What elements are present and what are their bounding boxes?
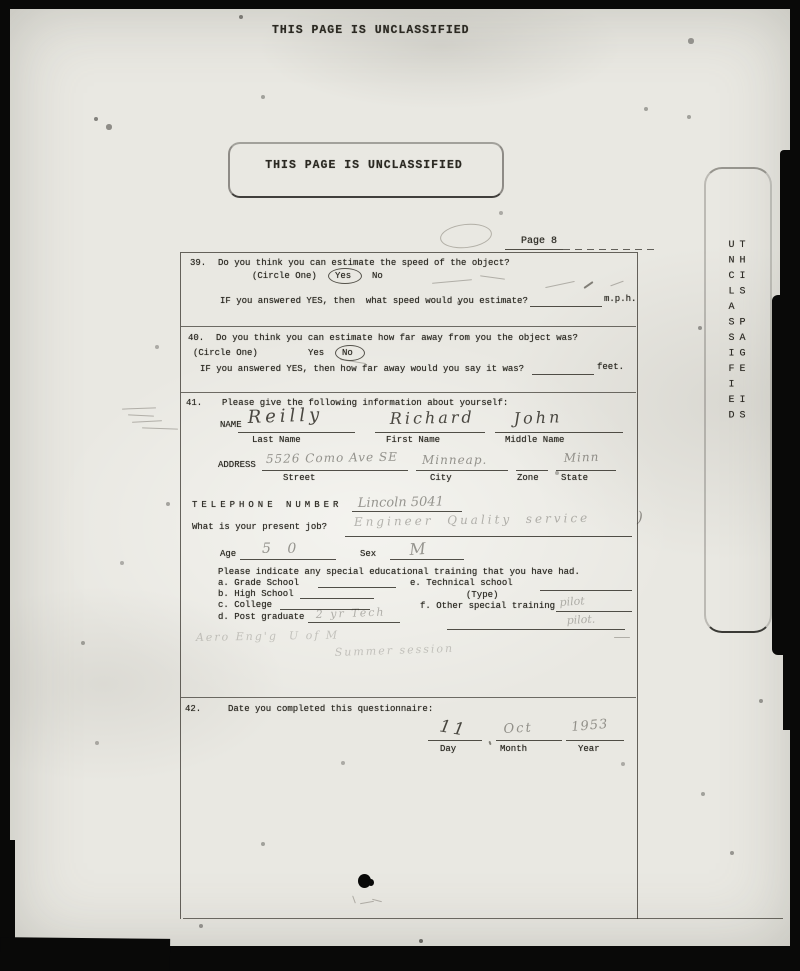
q39-number: 39. [190, 258, 206, 269]
pencil-dash [614, 637, 630, 638]
month-blank [496, 740, 562, 741]
q39-unit: m.p.h. [604, 294, 636, 305]
stamp-banner: THIS PAGE IS UNCLASSIFIED [228, 160, 500, 171]
last-name-handwriting: Reilly [247, 404, 323, 428]
street-handwriting: 5526 Como Ave SE [266, 450, 398, 466]
street-caption: Street [283, 473, 315, 484]
year-blank [566, 740, 624, 741]
month-handwriting: Oct [503, 720, 533, 737]
q40-number: 40. [188, 333, 204, 344]
edu-high-school-blank [300, 598, 374, 599]
scan-edge-top [0, 0, 800, 9]
job-blank [345, 536, 632, 537]
pencil-note-handwriting-1: Aero Eng'g U of M [196, 629, 339, 644]
age-blank [240, 559, 336, 560]
edu-technical-school: e. Technical school [410, 578, 513, 589]
sex-label: Sex [360, 549, 376, 560]
edu-college: c. College [218, 600, 272, 611]
edu-grade-school: a. Grade School [218, 578, 299, 589]
form-bottom-line [183, 918, 783, 919]
q42-question: Date you completed this questionnaire: [228, 704, 433, 715]
edu-other-training: f. Other special training [420, 601, 555, 612]
q39-option-no: No [372, 271, 383, 282]
telephone-handwriting: Lincoln 5041 [358, 495, 444, 511]
page-number-underline [505, 249, 563, 250]
page-number-dashes [563, 249, 655, 250]
state-handwriting: Minn [564, 450, 600, 465]
zone-blank [516, 470, 548, 471]
scan-edge-bottom-left [0, 937, 170, 971]
job-paren-handwriting: ) [637, 508, 643, 526]
last-name-blank [238, 432, 355, 433]
edu-other-training-blank-2 [447, 629, 625, 630]
q40-circle-one-label: (Circle One) [193, 348, 258, 359]
edu-grade-school-blank [318, 587, 396, 588]
scan-edge-right-lower [783, 640, 800, 730]
edu-type-caption: (Type) [466, 590, 498, 601]
edu-high-school: b. High School [218, 589, 294, 600]
scanned-document-page: THIS PAGE IS UNCLASSIFIED THIS PAGE IS U… [0, 0, 800, 971]
name-label: NAME [220, 420, 242, 431]
city-handwriting: Minneap. [422, 453, 487, 467]
q39-circle-one-label: (Circle One) [252, 271, 317, 282]
day-blank [428, 740, 482, 741]
first-name-blank [375, 432, 485, 433]
month-caption: Month [500, 744, 527, 755]
edu-post-graduate: d. Post graduate [218, 612, 304, 623]
sex-blank [390, 559, 464, 560]
first-name-handwriting: Richard [390, 408, 475, 428]
dust-specks [0, 0, 2, 2]
other-training-handwriting-2: pilot. [566, 613, 595, 627]
middle-name-handwriting: John [513, 407, 562, 428]
day-caption: Day [440, 744, 456, 755]
state-caption: State [561, 473, 588, 484]
telephone-label: TELEPHONE NUMBER [192, 500, 342, 511]
q40-followup: IF you answered YES, then how far away w… [200, 364, 524, 375]
age-label: Age [220, 549, 236, 560]
scan-edge-right-upper [780, 150, 800, 310]
side-banner: THIS PAGE IS UNCLASSIFIED [726, 240, 748, 620]
address-label: ADDRESS [218, 460, 256, 471]
page-number: Page 8 [521, 236, 557, 247]
separator-q40-q41 [181, 392, 636, 393]
education-prompt: Please indicate any special educational … [218, 567, 580, 578]
scan-edge-right-wedge [772, 295, 800, 655]
q42-number: 42. [185, 704, 201, 715]
middle-name-blank [495, 432, 623, 433]
job-label: What is your present job? [192, 522, 327, 533]
age-handwriting: 5 0 [262, 541, 302, 557]
ink-blob-small [368, 879, 374, 886]
q39-question: Do you think you can estimate the speed … [218, 258, 510, 269]
q39-yes-circled-mark [328, 268, 362, 284]
first-name-caption: First Name [386, 435, 440, 446]
telephone-blank [352, 511, 462, 512]
street-blank [262, 470, 408, 471]
sex-handwriting: M [409, 539, 427, 559]
scan-edge-left [0, 0, 10, 971]
year-caption: Year [578, 744, 600, 755]
edu-post-graduate-blank [308, 622, 400, 623]
middle-name-caption: Middle Name [505, 435, 564, 446]
zone-caption: Zone [517, 473, 539, 484]
top-banner: THIS PAGE IS UNCLASSIFIED [272, 25, 470, 36]
city-caption: City [430, 473, 452, 484]
post-graduate-handwriting: 2 yr Tech [316, 606, 386, 621]
separator-q39-q40 [181, 326, 636, 327]
q40-question: Do you think you can estimate how far aw… [216, 333, 578, 344]
q41-number: 41. [186, 398, 202, 409]
q40-option-yes: Yes [308, 348, 324, 359]
edu-technical-school-blank [540, 590, 632, 591]
year-handwriting: 1953 [571, 717, 609, 735]
other-training-handwriting-1: pilot [559, 594, 585, 609]
q40-unit: feet. [597, 362, 624, 373]
city-blank [416, 470, 508, 471]
q39-followup: IF you answered YES, then what speed wou… [220, 296, 528, 307]
q39-speed-answer-blank [530, 306, 602, 307]
last-name-caption: Last Name [252, 435, 301, 446]
separator-q41-q42 [181, 697, 636, 698]
q40-distance-answer-blank [532, 374, 594, 375]
state-blank [556, 470, 616, 471]
